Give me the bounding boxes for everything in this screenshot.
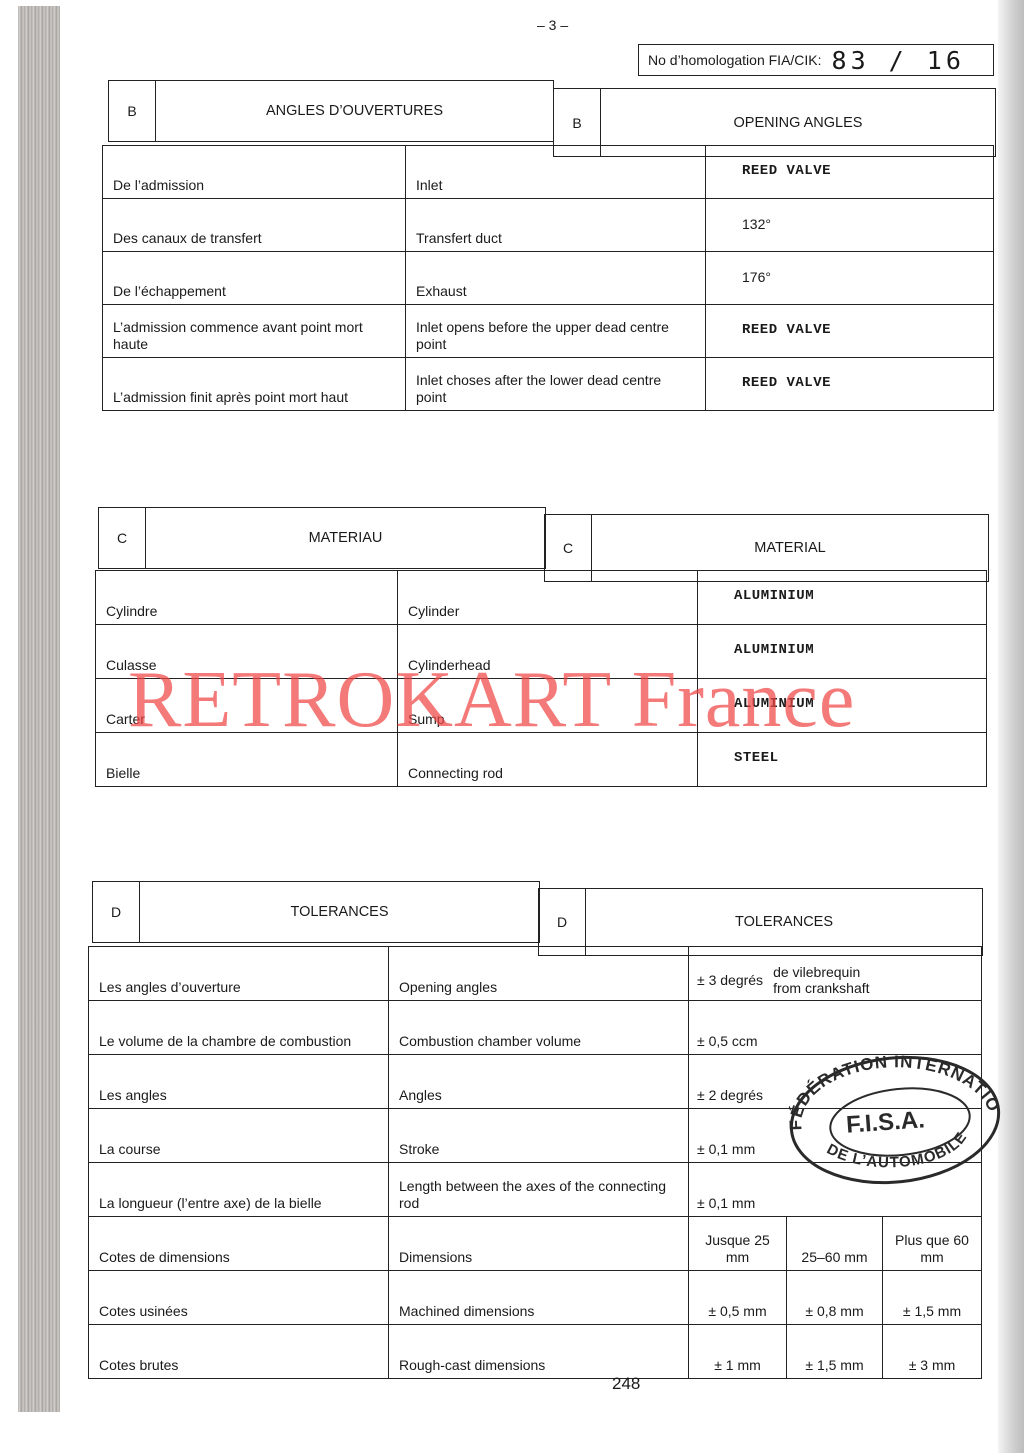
label-fr: Cotes brutes [89, 1325, 389, 1379]
homologation-label: No d’homologation FIA/CIK: [648, 52, 822, 68]
label-fr: De l’admission [103, 146, 406, 199]
label-en: Combustion chamber volume [389, 1001, 689, 1055]
label-en: Inlet choses after the lower dead centre… [406, 358, 706, 411]
value-cell: REED VALVE [706, 358, 994, 411]
material-value: ALUMINIUM [698, 625, 987, 679]
value-cell: 132° [706, 199, 994, 252]
tolerance-value: ± 0,1 mm [689, 1163, 982, 1217]
dimension-range-header: Jusque 25 mm [689, 1217, 787, 1271]
label-fr: L’admission finit après point mort haut [103, 358, 406, 411]
dimension-range-header: Plus que 60 mm [883, 1217, 982, 1271]
table-row: Cotes brutesRough-cast dimensions± 1 mm±… [89, 1325, 982, 1379]
value-cell: REED VALVE [706, 146, 994, 199]
label-fr: La course [89, 1109, 389, 1163]
label-fr: Le volume de la chambre de combustion [89, 1001, 389, 1055]
label-fr: Des canaux de transfert [103, 199, 406, 252]
section-b-table: De l’admissionInletREED VALVEDes canaux … [102, 145, 994, 411]
table-row: Les anglesAngles± 2 degrés [89, 1055, 982, 1109]
tolerance-value: ± 3 degrésde vilebrequinfrom crankshaft [689, 947, 982, 1001]
table-row: CulasseCylinderheadALUMINIUM [96, 625, 987, 679]
section-title-fr: ANGLES D’OUVERTURES [156, 81, 553, 141]
label-fr: De l’échappement [103, 252, 406, 305]
label-en: Sump [398, 679, 698, 733]
label-fr: Cylindre [96, 571, 398, 625]
section-c-table: CylindreCylinderALUMINIUMCulasseCylinder… [95, 570, 987, 787]
page-number-top: – 3 – [537, 17, 568, 33]
scan-binding-edge [18, 6, 60, 1412]
section-title-fr: TOLERANCES [140, 882, 539, 942]
label-en: Exhaust [406, 252, 706, 305]
tolerance-value: ± 2 degrés [689, 1055, 982, 1109]
section-d-table: Les angles d’ouvertureOpening angles± 3 … [88, 946, 982, 1379]
table-row: De l’échappementExhaust176° [103, 252, 994, 305]
label-fr: L’admission commence avant point mort ha… [103, 305, 406, 358]
table-row: L’admission commence avant point mort ha… [103, 305, 994, 358]
label-fr: Carter [96, 679, 398, 733]
label-en: Rough-cast dimensions [389, 1325, 689, 1379]
label-fr: Cotes de dimensions [89, 1217, 389, 1271]
dimension-tolerance: ± 1,5 mm [787, 1325, 883, 1379]
table-row: De l’admissionInletREED VALVE [103, 146, 994, 199]
dimension-range-header: 25–60 mm [787, 1217, 883, 1271]
dimension-tolerance: ± 3 mm [883, 1325, 982, 1379]
table-row: Le volume de la chambre de combustionCom… [89, 1001, 982, 1055]
section-d-header-fr: D TOLERANCES [92, 881, 540, 943]
material-value: STEEL [698, 733, 987, 787]
label-en: Opening angles [389, 947, 689, 1001]
section-letter: C [99, 508, 146, 568]
section-title-fr: MATERIAU [146, 508, 545, 568]
table-row: CarterSumpALUMINIUM [96, 679, 987, 733]
label-en: Length between the axes of the connectin… [389, 1163, 689, 1217]
homologation-number: 83 / 16 [832, 46, 965, 75]
label-en: Angles [389, 1055, 689, 1109]
homologation-box: No d’homologation FIA/CIK: 83 / 16 [638, 44, 994, 76]
dimension-tolerance: ± 1,5 mm [883, 1271, 982, 1325]
label-fr: La longueur (l’entre axe) de la bielle [89, 1163, 389, 1217]
table-row: La longueur (l’entre axe) de la bielleLe… [89, 1163, 982, 1217]
dimension-tolerance: ± 0,8 mm [787, 1271, 883, 1325]
tolerance-amount: ± 3 degrés [697, 972, 763, 989]
label-fr: Les angles [89, 1055, 389, 1109]
label-fr: Culasse [96, 625, 398, 679]
table-row: Cotes usinéesMachined dimensions± 0,5 mm… [89, 1271, 982, 1325]
section-letter: D [93, 882, 140, 942]
label-en: Inlet [406, 146, 706, 199]
label-en: Machined dimensions [389, 1271, 689, 1325]
label-en: Stroke [389, 1109, 689, 1163]
table-row: BielleConnecting rodSTEEL [96, 733, 987, 787]
section-b-header-fr: B ANGLES D’OUVERTURES [108, 80, 554, 142]
table-row: Cotes de dimensionsDimensionsJusque 25 m… [89, 1217, 982, 1271]
section-letter: B [109, 81, 156, 141]
page-number-bottom: 248 [612, 1374, 640, 1394]
material-value: ALUMINIUM [698, 571, 987, 625]
table-row: CylindreCylinderALUMINIUM [96, 571, 987, 625]
label-en: Cylinder [398, 571, 698, 625]
label-en: Connecting rod [398, 733, 698, 787]
tolerance-value: ± 0,5 ccm [689, 1001, 982, 1055]
material-value: ALUMINIUM [698, 679, 987, 733]
tolerance-value: ± 0,1 mm [689, 1109, 982, 1163]
section-c-header-fr: C MATERIAU [98, 507, 546, 569]
value-cell: REED VALVE [706, 305, 994, 358]
table-row: Les angles d’ouvertureOpening angles± 3 … [89, 947, 982, 1001]
label-fr: Cotes usinées [89, 1271, 389, 1325]
label-fr: Bielle [96, 733, 398, 787]
label-fr: Les angles d’ouverture [89, 947, 389, 1001]
tolerance-note: de vilebrequinfrom crankshaft [773, 964, 869, 996]
table-row: Des canaux de transfertTransfert duct132… [103, 199, 994, 252]
table-row: L’admission finit après point mort hautI… [103, 358, 994, 411]
dimension-tolerance: ± 1 mm [689, 1325, 787, 1379]
label-en: Dimensions [389, 1217, 689, 1271]
label-en: Transfert duct [406, 199, 706, 252]
scan-page-edge [998, 0, 1024, 1453]
value-cell: 176° [706, 252, 994, 305]
label-en: Cylinderhead [398, 625, 698, 679]
label-en: Inlet opens before the upper dead centre… [406, 305, 706, 358]
table-row: La courseStroke± 0,1 mm [89, 1109, 982, 1163]
dimension-tolerance: ± 0,5 mm [689, 1271, 787, 1325]
